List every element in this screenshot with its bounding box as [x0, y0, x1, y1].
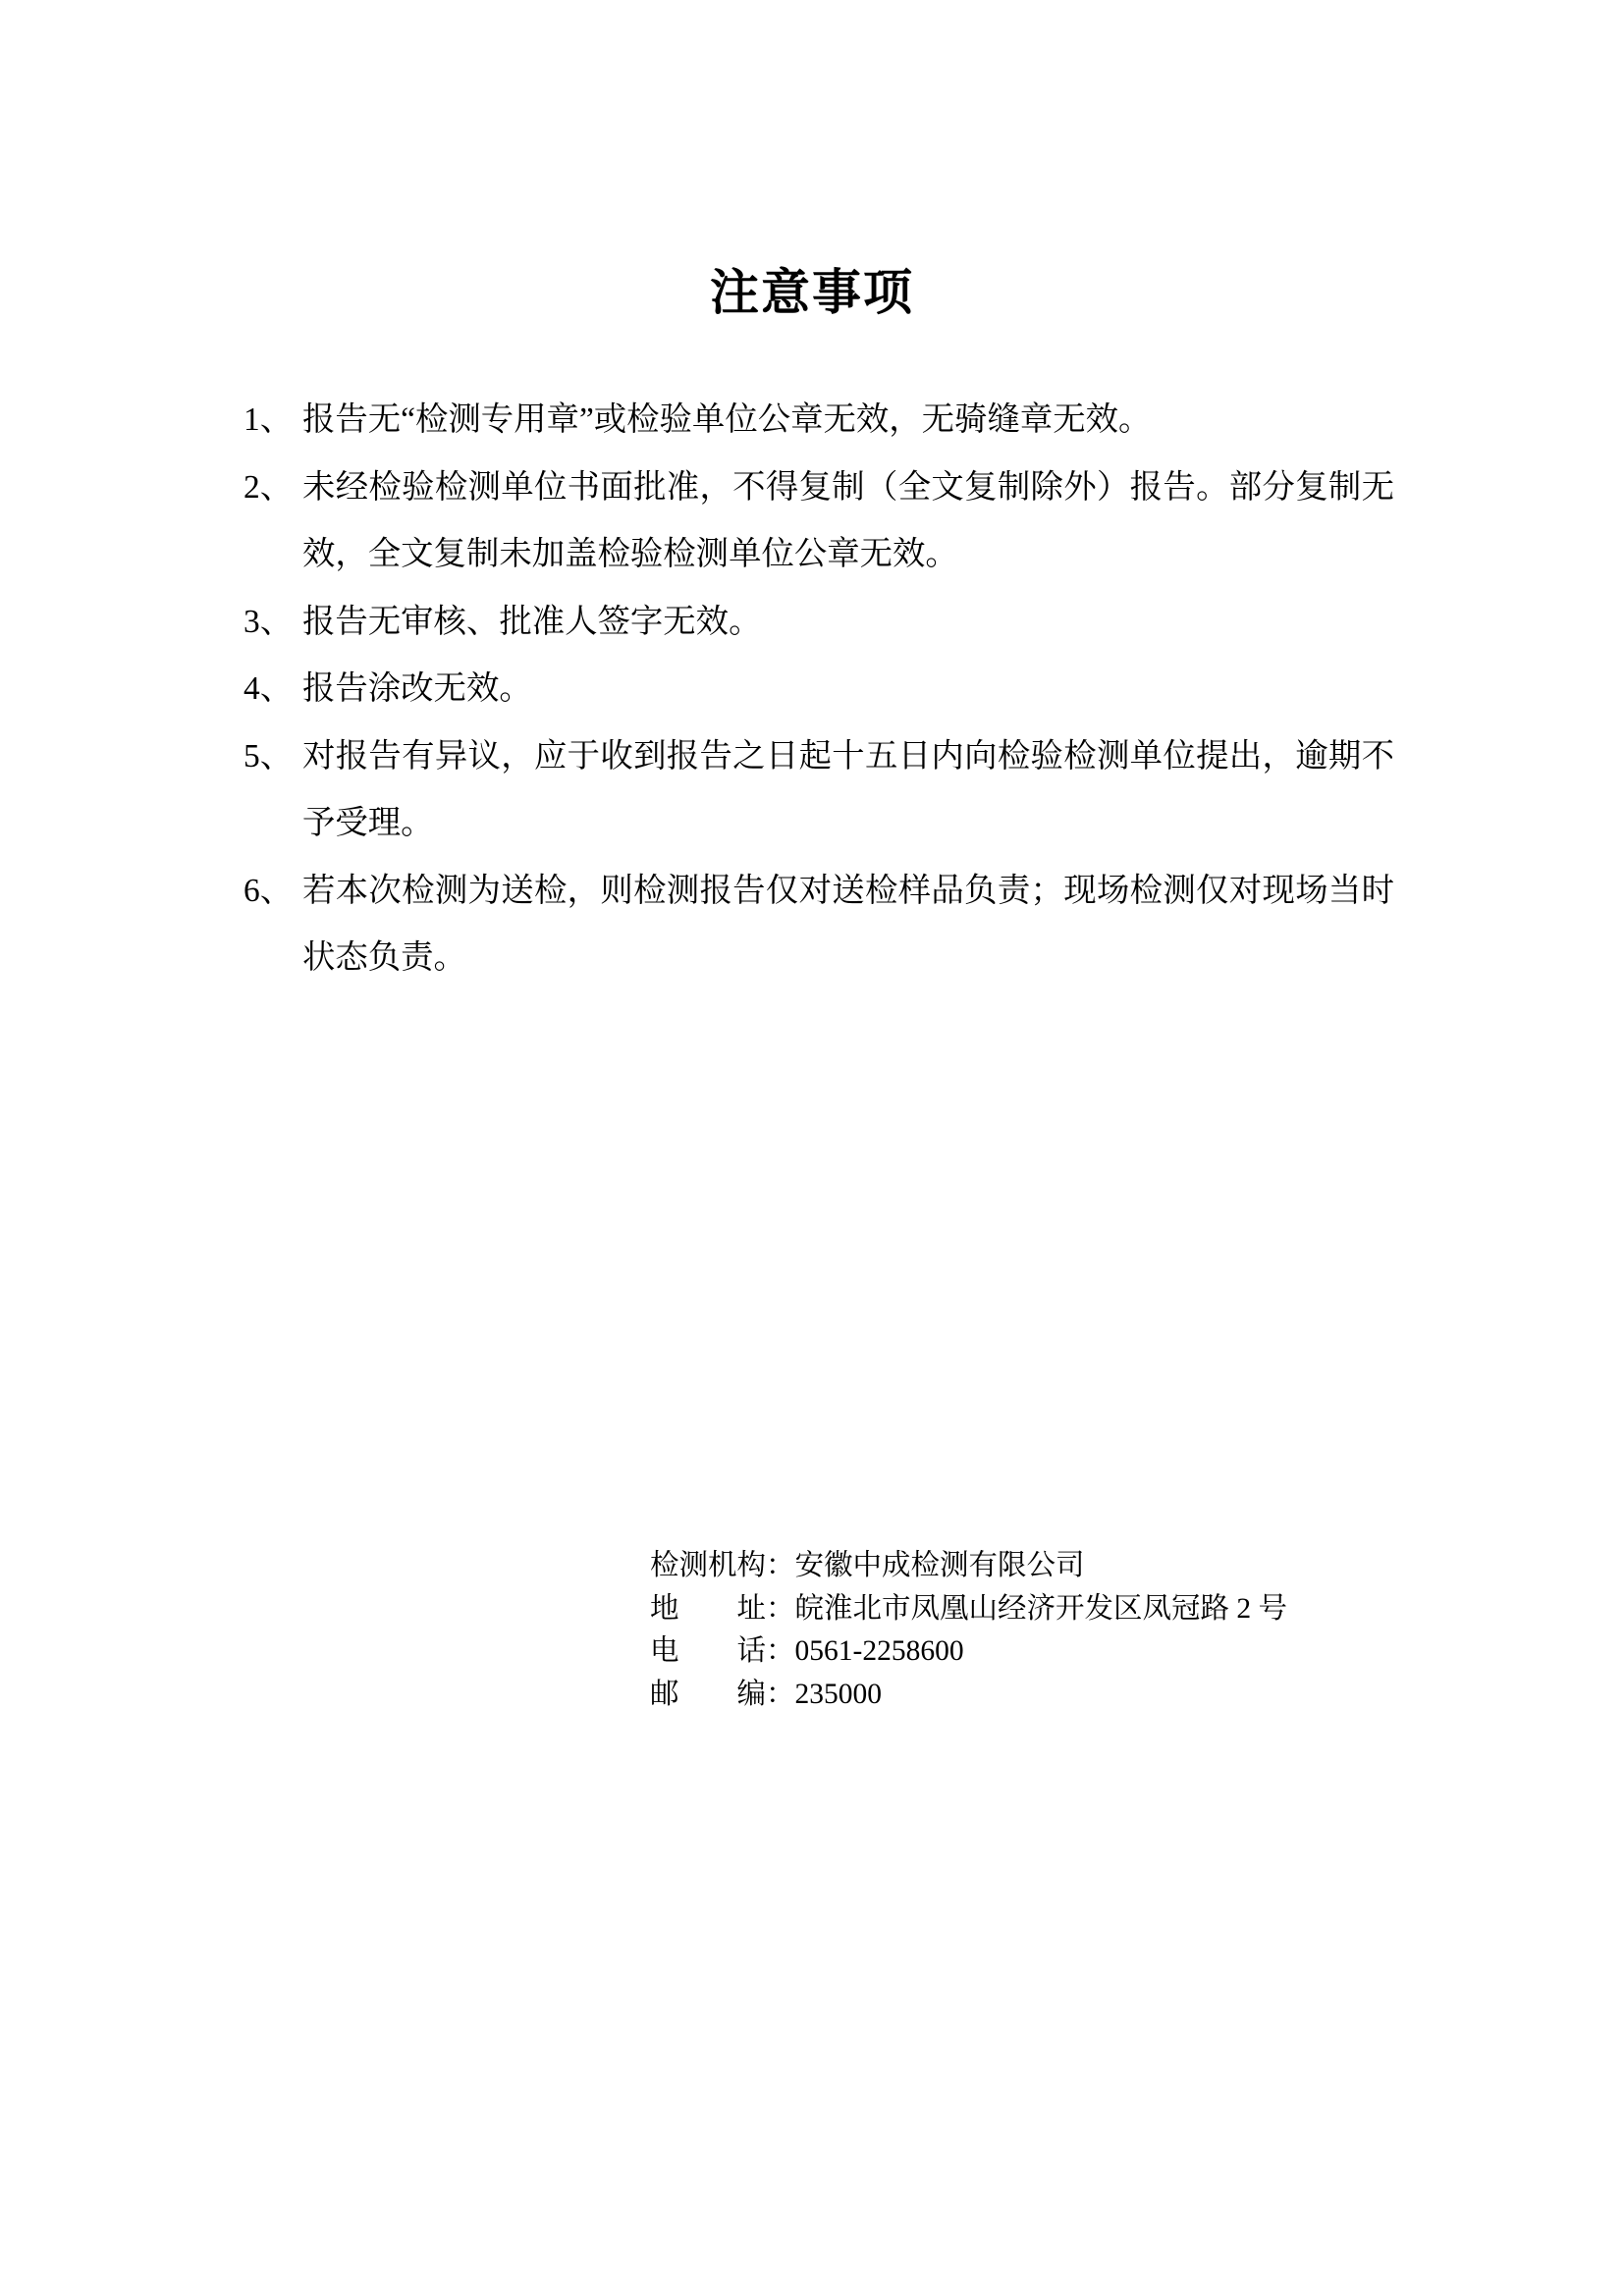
note-item: 6、 若本次检测为送检，则检测报告仅对送检样品负责；现场检测仅对现场当时状态负责… — [244, 858, 1394, 992]
contact-separator: ： — [766, 1545, 795, 1588]
contact-separator: ： — [766, 1674, 795, 1717]
note-item-text: 报告无审核、批准人签字无效。 — [302, 589, 1394, 657]
page-title: 注意事项 — [0, 265, 1624, 320]
note-item-text: 未经检验检测单位书面批准，不得复制（全文复制除外）报告。部分复制无效，全文复制未… — [302, 454, 1394, 589]
contact-label: 电话 — [650, 1630, 766, 1674]
note-item: 1、 报告无“检测专用章”或检验单位公章无效，无骑缝章无效。 — [244, 387, 1394, 454]
contact-value: 安徽中成检测有限公司 — [795, 1550, 1085, 1581]
contact-label: 邮编 — [650, 1674, 766, 1717]
contact-row-agency: 检测机构：安徽中成检测有限公司 — [650, 1545, 1287, 1588]
contact-row-postcode: 邮编：235000 — [650, 1674, 1287, 1717]
notes-list: 1、 报告无“检测专用章”或检验单位公章无效，无骑缝章无效。 2、 未经检验检测… — [244, 387, 1394, 992]
note-item-text: 对报告有异议，应于收到报告之日起十五日内向检验检测单位提出，逾期不予受理。 — [302, 723, 1394, 858]
note-item-number: 3、 — [244, 589, 302, 657]
contact-separator: ： — [766, 1630, 795, 1674]
document-page: 注意事项 1、 报告无“检测专用章”或检验单位公章无效，无骑缝章无效。 2、 未… — [0, 0, 1624, 2296]
note-item-text: 若本次检测为送检，则检测报告仅对送检样品负责；现场检测仅对现场当时状态负责。 — [302, 858, 1394, 992]
note-item: 2、 未经检验检测单位书面批准，不得复制（全文复制除外）报告。部分复制无效，全文… — [244, 454, 1394, 589]
contact-label: 地址 — [650, 1588, 766, 1631]
note-item-number: 2、 — [244, 454, 302, 522]
contact-block: 检测机构：安徽中成检测有限公司 地址：皖淮北市凤凰山经济开发区凤冠路 2 号 电… — [650, 1545, 1287, 1716]
note-item-number: 1、 — [244, 387, 302, 454]
contact-value: 皖淮北市凤凰山经济开发区凤冠路 2 号 — [795, 1593, 1288, 1625]
contact-value: 0561-2258600 — [795, 1635, 964, 1667]
contact-label: 检测机构 — [650, 1545, 766, 1588]
note-item: 3、 报告无审核、批准人签字无效。 — [244, 589, 1394, 657]
contact-value: 235000 — [795, 1679, 883, 1710]
note-item-text: 报告涂改无效。 — [302, 656, 1394, 723]
contact-separator: ： — [766, 1588, 795, 1631]
note-item-number: 6、 — [244, 858, 302, 926]
note-item-text: 报告无“检测专用章”或检验单位公章无效，无骑缝章无效。 — [302, 387, 1394, 454]
note-item: 5、 对报告有异议，应于收到报告之日起十五日内向检验检测单位提出，逾期不予受理。 — [244, 723, 1394, 858]
contact-row-phone: 电话：0561-2258600 — [650, 1630, 1287, 1674]
note-item-number: 5、 — [244, 723, 302, 791]
contact-row-address: 地址：皖淮北市凤凰山经济开发区凤冠路 2 号 — [650, 1588, 1287, 1631]
note-item-number: 4、 — [244, 656, 302, 723]
note-item: 4、 报告涂改无效。 — [244, 656, 1394, 723]
